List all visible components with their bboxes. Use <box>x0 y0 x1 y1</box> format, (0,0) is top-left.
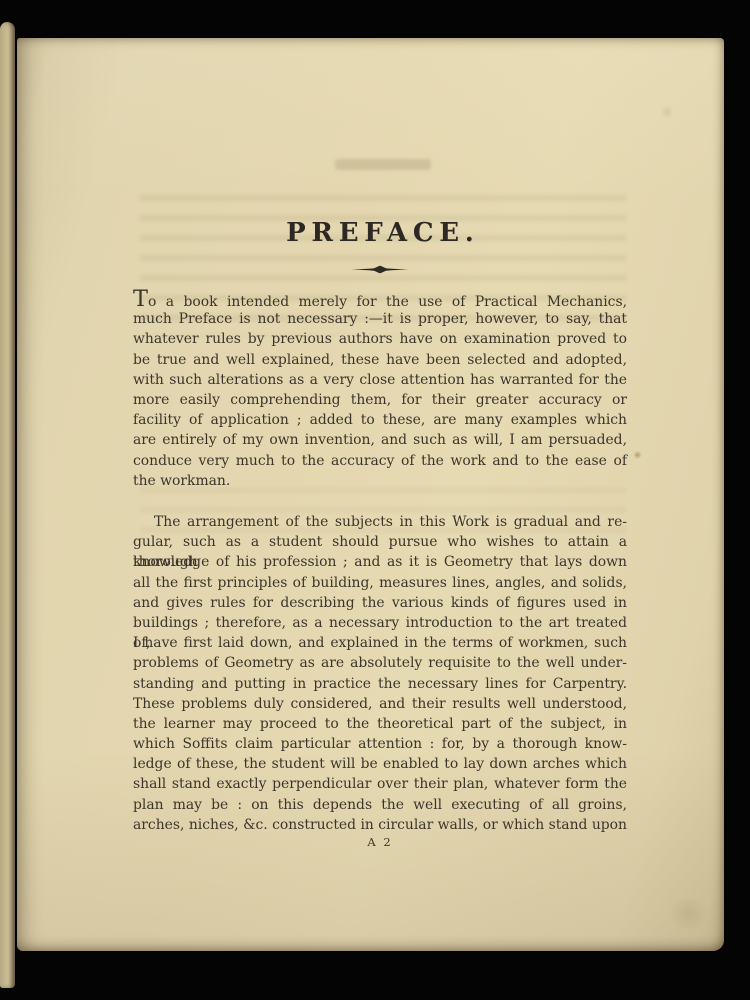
text-line: the learner may proceed to the theoretic… <box>133 714 627 734</box>
text-line: with such alterations as a very close at… <box>133 370 627 390</box>
text-line: buildings ; therefore, as a necessary in… <box>133 613 627 633</box>
preface-paragraph-1: To a book intended merely for the use of… <box>133 289 627 491</box>
text-line: These problems duly considered, and thei… <box>133 694 627 714</box>
divider-ornament <box>133 260 627 279</box>
text-line: all the first principles of building, me… <box>133 573 627 593</box>
text-line: The arrangement of the subjects in this … <box>133 512 627 532</box>
text-line: be true and well explained, these have b… <box>133 350 627 370</box>
text-line: are entirely of my own invention, and su… <box>133 430 627 450</box>
text-line: plan may be : on this depends the well e… <box>133 795 627 815</box>
page-title: PREFACE. <box>133 220 627 246</box>
text-line: which Soffits claim particular attention… <box>133 734 627 754</box>
text-line: standing and putting in practice the nec… <box>133 674 627 694</box>
book-scan-background: PREFACE. To a book intended merely for t… <box>0 0 750 1000</box>
text-line: much Preface is not necessary :—it is pr… <box>133 309 627 329</box>
text-line: knowledge of his profession ; and as it … <box>133 552 627 572</box>
text-line: the workman. <box>133 471 627 491</box>
text-line: ledge of these, the student will be enab… <box>133 754 627 774</box>
foxing-spot <box>633 451 642 459</box>
text-line: more easily comprehending them, for thei… <box>133 390 627 410</box>
foxing-spot <box>659 106 675 118</box>
text-line: problems of Geometry as are absolutely r… <box>133 653 627 673</box>
book-page: PREFACE. To a book intended merely for t… <box>17 38 724 951</box>
text-line: facility of application ; added to these… <box>133 410 627 430</box>
text-line: shall stand exactly perpendicular over t… <box>133 774 627 794</box>
swelled-rule-icon <box>351 264 409 275</box>
showthrough-running-head <box>335 159 431 170</box>
foxing-spot <box>665 898 711 928</box>
text-line: arches, niches, &c. constructed in circu… <box>133 815 627 835</box>
preface-paragraph-2: The arrangement of the subjects in this … <box>133 512 627 835</box>
text-line: and gives rules for describing the vario… <box>133 593 627 613</box>
text-line: I have first laid down, and explained in… <box>133 633 627 653</box>
signature-mark: A 2 <box>133 835 627 849</box>
text-line: conduce very much to the accuracy of the… <box>133 451 627 471</box>
text-line: To a book intended merely for the use of… <box>133 289 627 309</box>
text-line: whatever rules by previous authors have … <box>133 329 627 349</box>
previous-page-edge <box>0 22 15 988</box>
text-line: gular, such as a student should pursue w… <box>133 532 627 552</box>
